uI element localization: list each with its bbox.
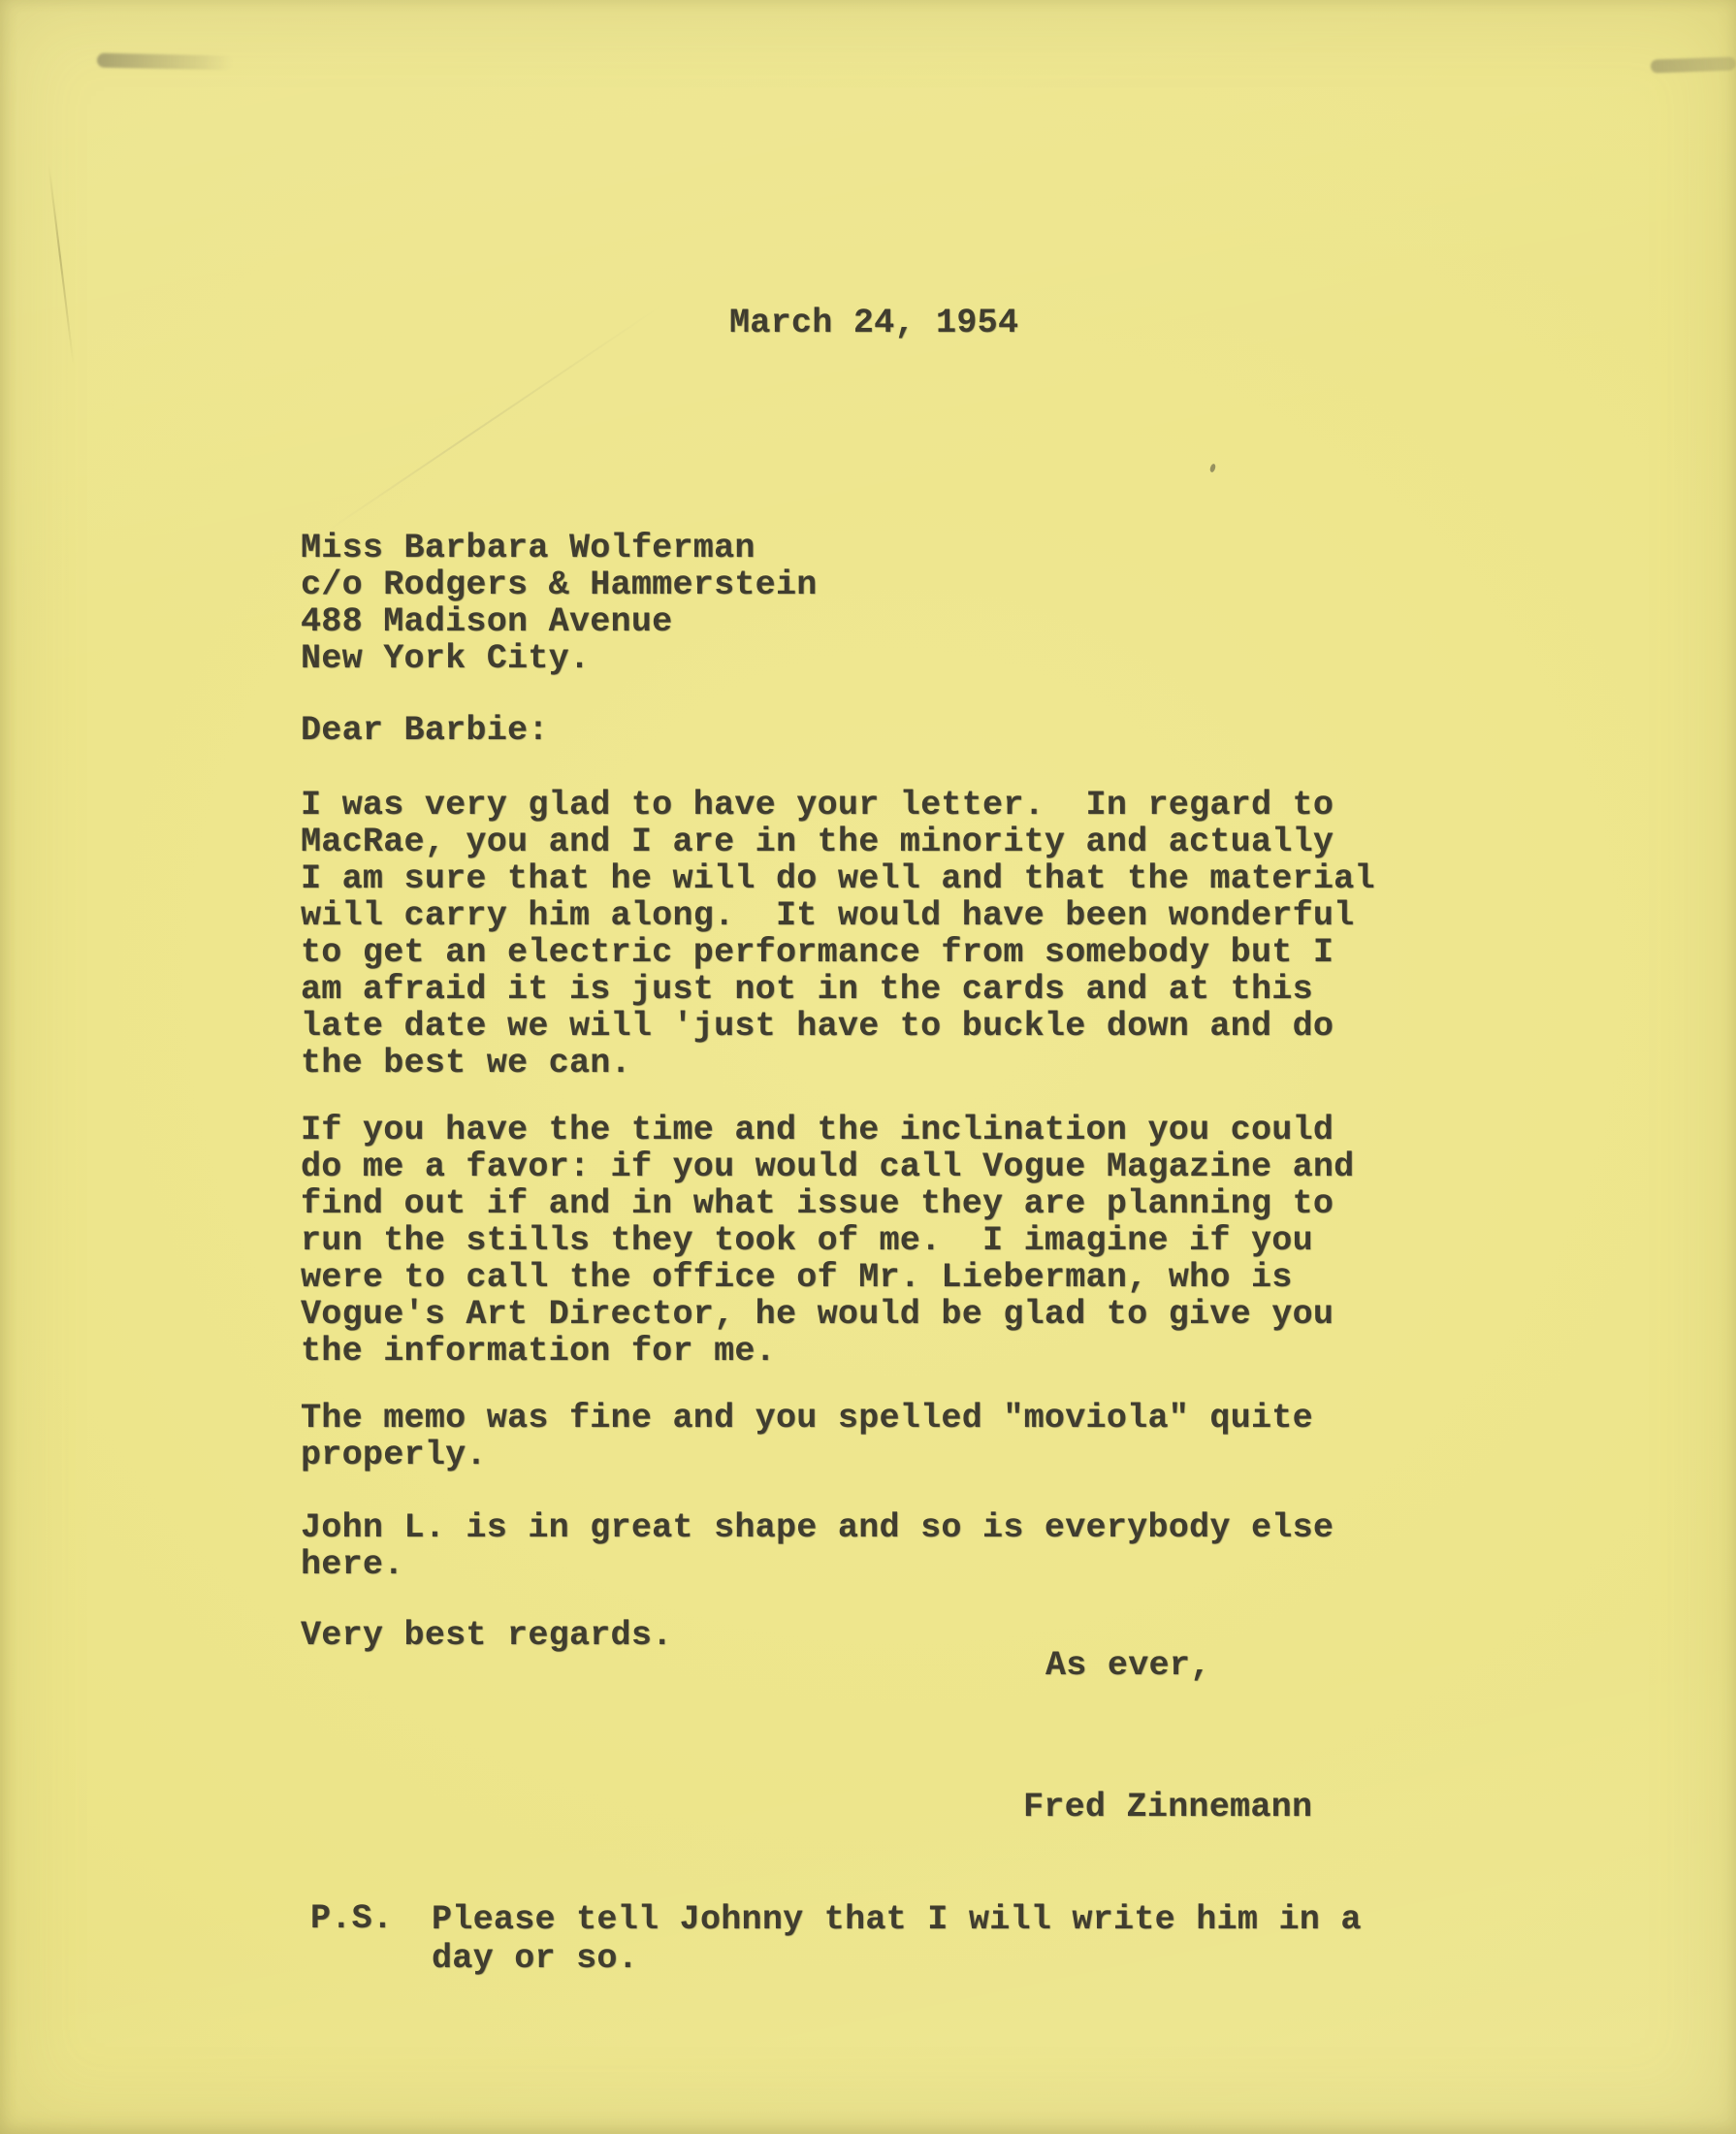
postscript-label: P.S.	[310, 1900, 393, 1937]
letter-page: March 24, 1954 Miss Barbara Wolferman c/…	[0, 0, 1736, 2134]
salutation: Dear Barbie:	[301, 712, 549, 749]
recipient-city: New York City.	[301, 640, 818, 677]
recipient-care-of: c/o Rodgers & Hammerstein	[301, 566, 818, 603]
paper-crease-left	[48, 164, 75, 367]
body-paragraph-3: The memo was fine and you spelled "movio…	[301, 1400, 1313, 1473]
paper-crease-diagonal	[325, 304, 663, 533]
signature-name: Fred Zinnemann	[1023, 1789, 1312, 1826]
pencil-smudge-top-right	[1651, 56, 1736, 73]
recipient-name: Miss Barbara Wolferman	[301, 530, 818, 566]
pencil-smudge-top-left	[97, 53, 233, 71]
valediction: As ever,	[1045, 1647, 1210, 1684]
body-paragraph-1: I was very glad to have your letter. In …	[301, 787, 1375, 1082]
recipient-address-block: Miss Barbara Wolferman c/o Rodgers & Ham…	[301, 530, 818, 677]
body-paragraph-4: John L. is in great shape and so is ever…	[301, 1509, 1334, 1583]
recipient-street: 488 Madison Avenue	[301, 603, 818, 640]
letter-date: March 24, 1954	[729, 305, 1018, 341]
ink-speck	[1209, 463, 1217, 472]
closing-line: Very best regards.	[301, 1617, 672, 1654]
body-paragraph-2: If you have the time and the inclination…	[301, 1112, 1354, 1370]
postscript-text: Please tell Johnny that I will write him…	[432, 1900, 1362, 1978]
